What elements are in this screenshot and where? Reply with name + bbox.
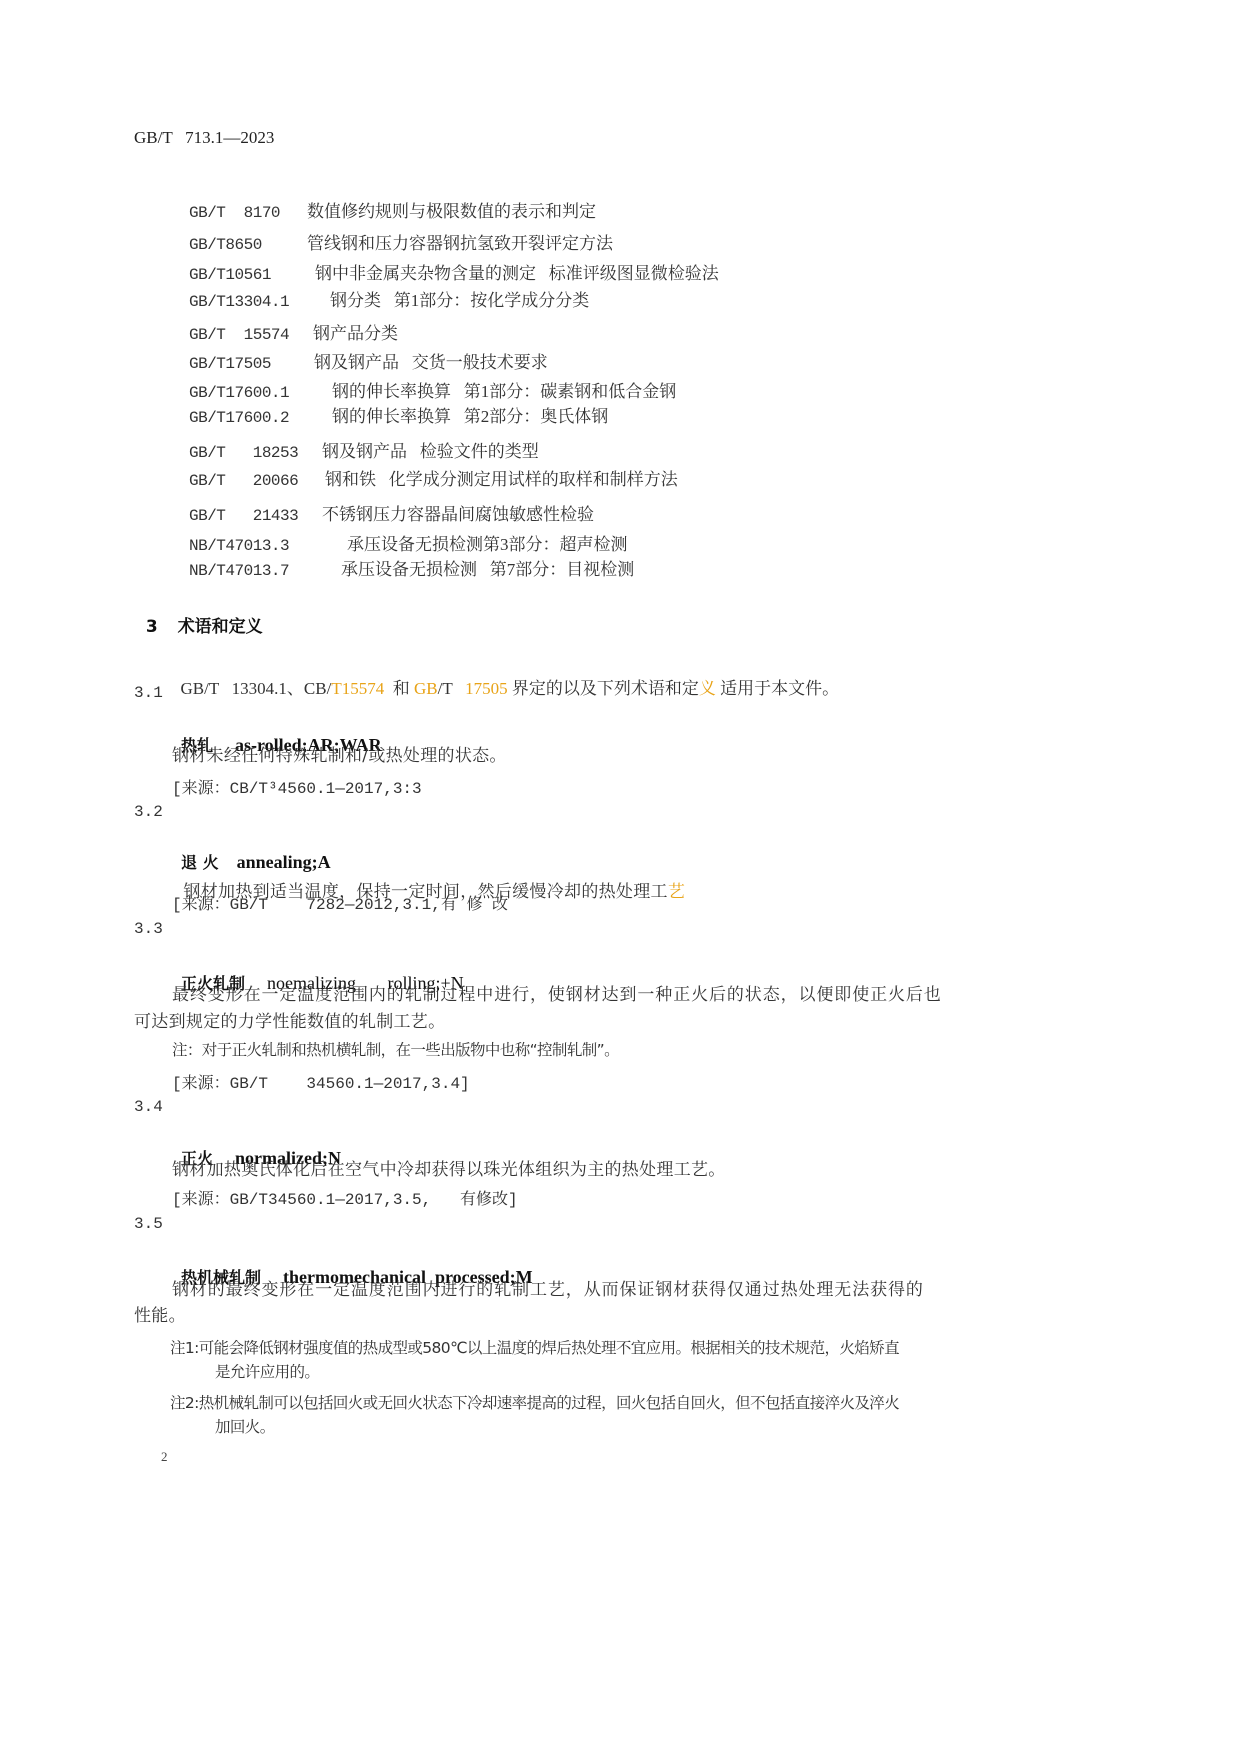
term-source: [来源：CB/T³4560.1—2017,3:3 [172, 775, 422, 798]
page-number: 2 [161, 1449, 168, 1465]
intro-text: 适用于本文件。 [716, 679, 839, 698]
term-number: 3.4 [134, 1098, 163, 1116]
highlighted-text: T15574 [331, 679, 384, 698]
intro-text: /T [438, 679, 466, 698]
highlighted-text: 义 [699, 679, 716, 698]
term-note: 注：对于正火轧制和热机横轧制，在一些出版物中也称“控制轧制”。 [172, 1038, 619, 1060]
term-number: 3.5 [134, 1215, 163, 1233]
term-source: [来源：GB/T 7282—2012,3.1,有 修 改 [172, 891, 508, 914]
reference-item: NB/T47013.7承压设备无损检测 第7部分：目视检测 [172, 535, 634, 600]
term-note-2-continued: 加回火。 [215, 1415, 275, 1437]
intro-text: 界定的以及下列术语和定 [508, 679, 699, 698]
term-definition: 钢材未经任何特殊轧制和/或热处理的状态。 [172, 741, 507, 766]
term-number: 3.1 [134, 684, 163, 702]
intro-text: GB/T 13304.1、CB/ [181, 679, 332, 698]
highlighted-text: GB [414, 679, 438, 698]
term-number: 3.2 [134, 803, 163, 821]
term-definition: 最终变形在一定温度范围内的轧制过程中进行，使钢材达到一种正火后的状态，以便即使正… [172, 980, 942, 1005]
highlighted-text: 艺 [668, 882, 685, 902]
term-number: 3.3 [134, 920, 163, 938]
term-definition-continued: 可达到规定的力学性能数值的轧制工艺。 [134, 1007, 445, 1032]
term-source: [来源：GB/T34560.1—2017,3.5, 有修改] [172, 1186, 518, 1209]
term-definition: 钢材加热奥氏体化后在空气中冷却获得以珠光体组织为主的热处理工艺。 [172, 1155, 726, 1180]
document-id-header: GB/T 713.1—2023 [134, 128, 274, 148]
term-note-2: 注2:热机械轧制可以包括回火或无回火状态下冷却速率提高的过程，回火包括自回火，但… [170, 1391, 899, 1413]
term-definition-continued: 性能。 [134, 1301, 186, 1326]
term-source: [来源：GB/T 34560.1—2017,3.4] [172, 1070, 470, 1093]
reference-title: 承压设备无损检测 第7部分：目视检测 [341, 560, 634, 579]
section-title: 术语和定义 [178, 617, 263, 637]
section-heading: 3术语和定义 [134, 592, 263, 637]
intro-text: 和 [384, 679, 414, 698]
section-number: 3 [146, 617, 158, 637]
highlighted-text: 17505 [465, 679, 508, 698]
reference-code: NB/T47013.7 [189, 562, 341, 580]
section-intro: GB/T 13304.1、CB/T15574 和 GB/T 17505 界定的以… [172, 654, 839, 699]
term-definition: 钢材的最终变形在一定温度范围内进行的轧制工艺，从而保证钢材获得仅通过热处理无法获… [172, 1275, 924, 1300]
term-note-1-continued: 是允许应用的。 [215, 1360, 319, 1382]
term-note-1: 注1:可能会降低钢材强度值的热成型或580℃以上温度的焊后热处理不宜应用。根据相… [170, 1336, 899, 1358]
